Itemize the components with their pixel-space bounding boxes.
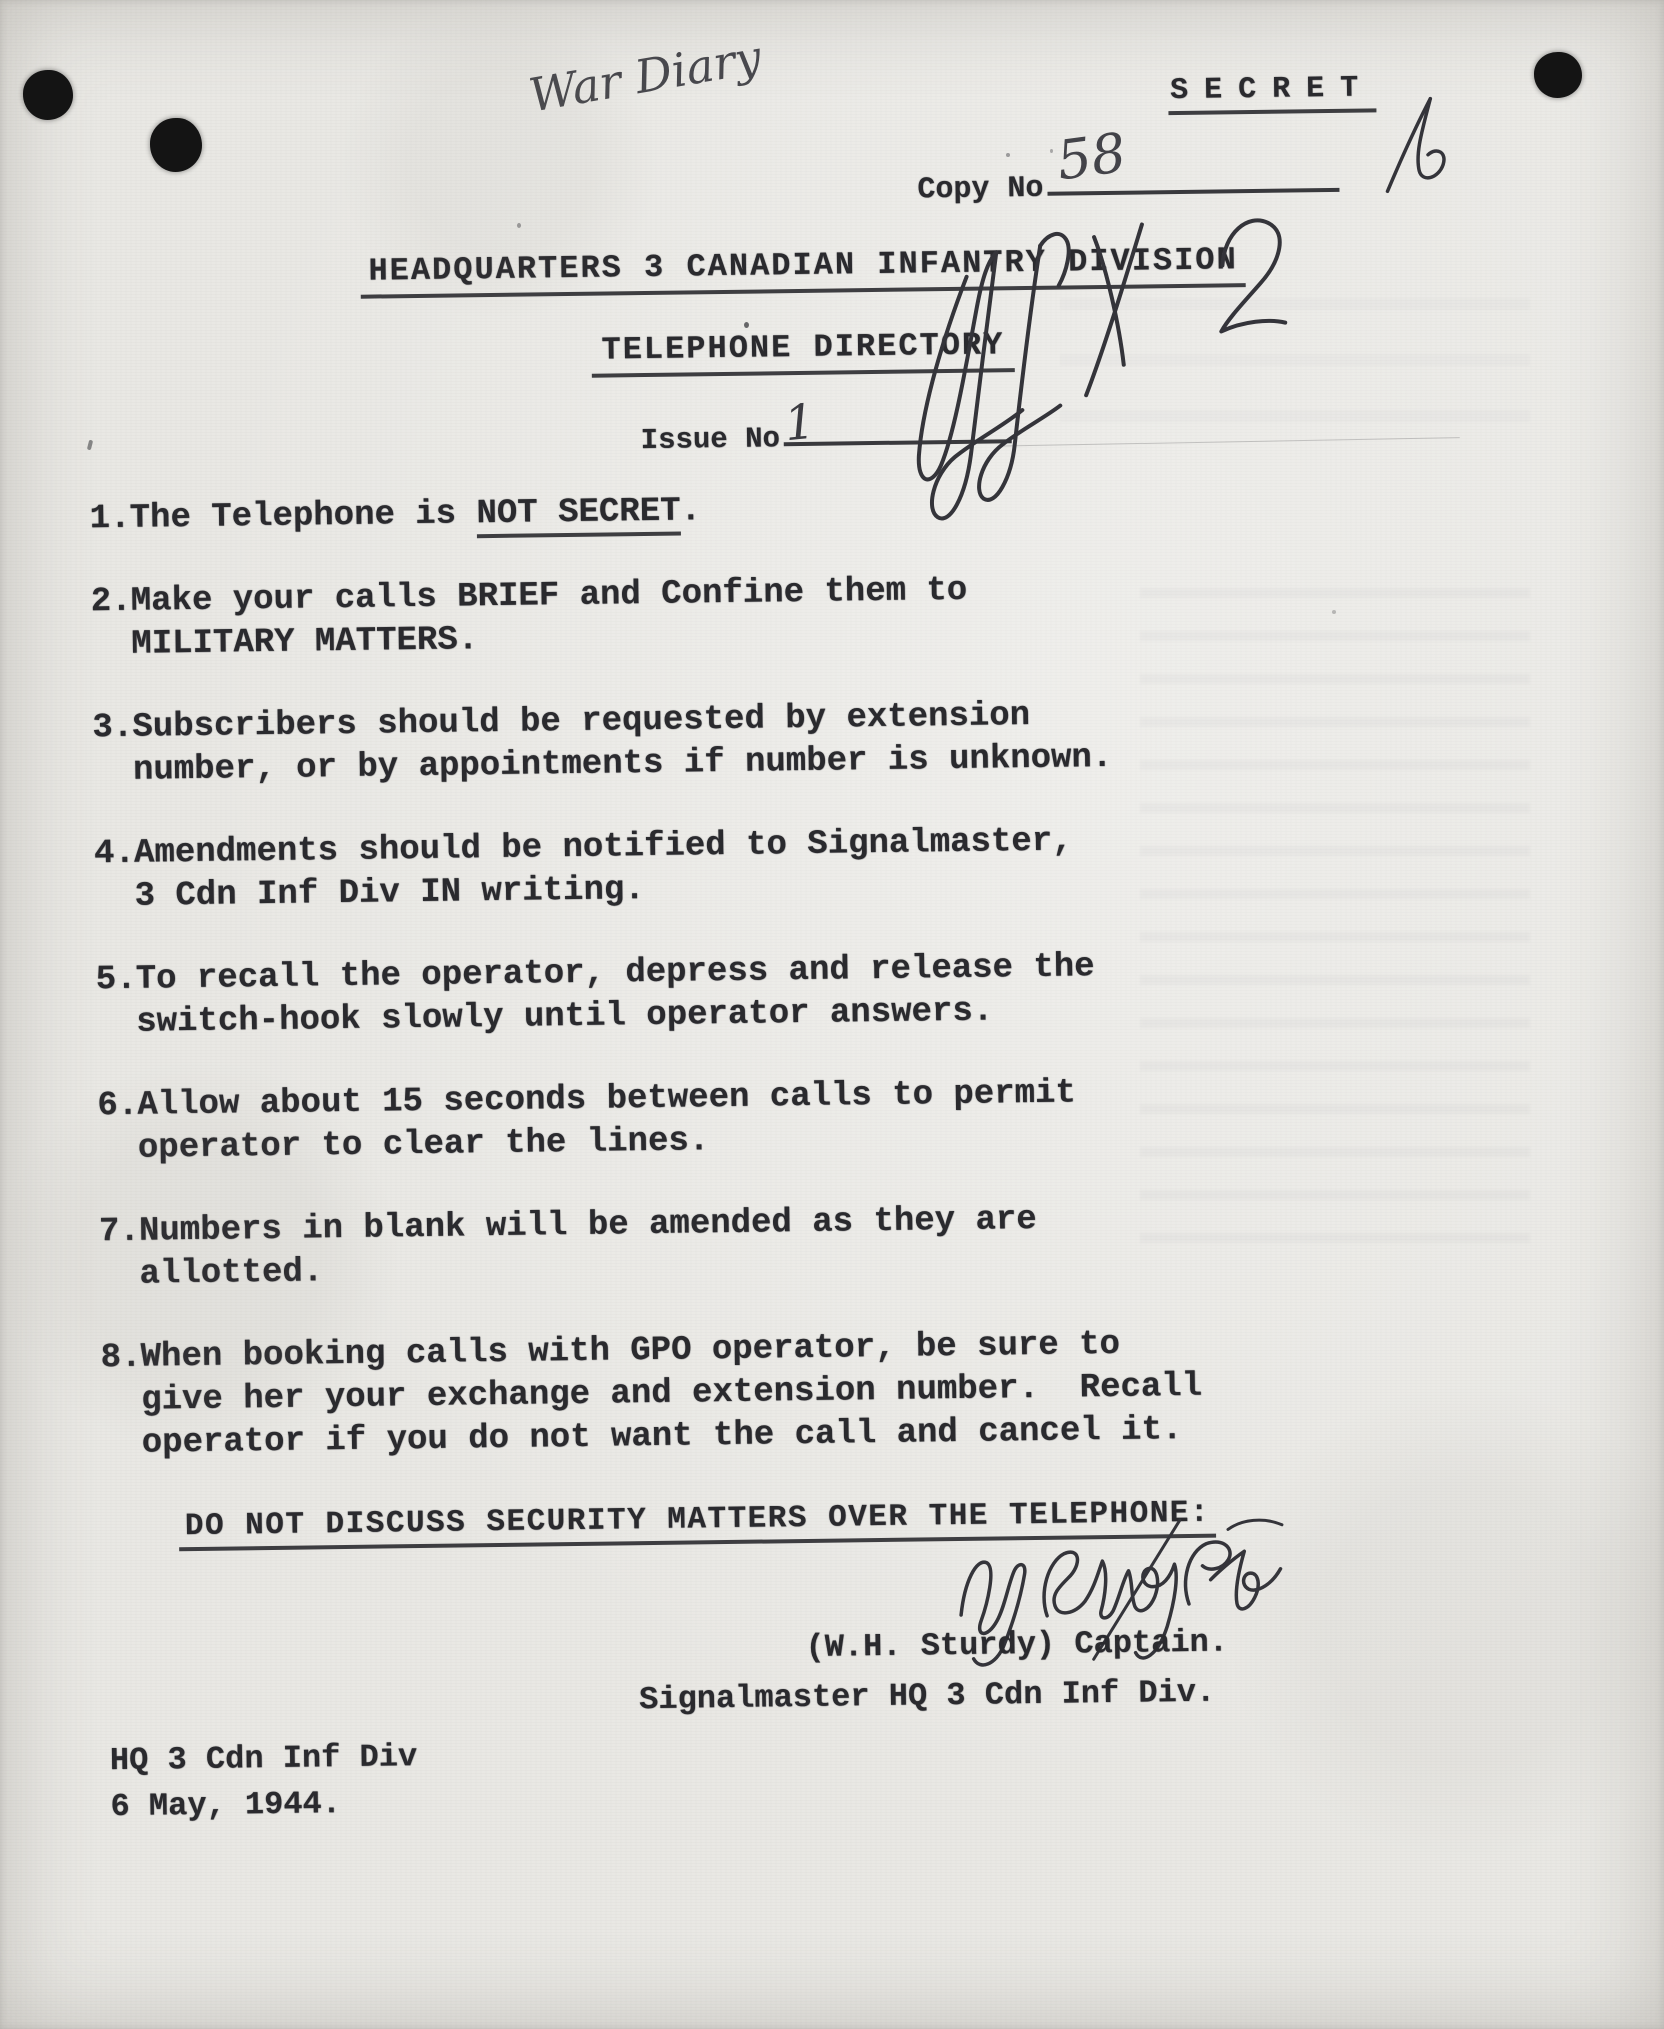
item-number: 8. bbox=[100, 1337, 141, 1381]
instruction-item-6: 6. Allow about 15 seconds between calls … bbox=[97, 1069, 1318, 1171]
item-number: 2. bbox=[90, 581, 131, 625]
item-text: . bbox=[680, 492, 701, 530]
item-number: 1. bbox=[89, 498, 130, 542]
instruction-item-8: 8. When booking calls with GPO operator,… bbox=[100, 1321, 1322, 1466]
typed-content-layer: SECRET Copy No HEADQUARTERS 3 CANADIAN I… bbox=[0, 0, 1664, 2029]
instruction-list: 1. The Telephone is NOT SECRET. 2. Make … bbox=[89, 482, 1323, 1549]
handwritten-war-diary-note: War Diary bbox=[525, 30, 765, 123]
footer-unit: HQ 3 Cdn Inf Div bbox=[110, 1734, 418, 1784]
item-number: 4. bbox=[94, 833, 135, 877]
item-number: 6. bbox=[97, 1085, 138, 1129]
handwritten-copy-number: 58 bbox=[1053, 121, 1130, 193]
classification-stamp: SECRET bbox=[1168, 71, 1377, 115]
scanned-document-page: SECRET Copy No HEADQUARTERS 3 CANADIAN I… bbox=[0, 0, 1664, 2029]
handwritten-issue-number: 1 bbox=[782, 394, 818, 453]
issue-number-label: Issue No bbox=[640, 422, 780, 457]
signature-typed-title: Signalmaster HQ 3 Cdn Inf Div. bbox=[639, 1674, 1216, 1719]
item-text: The Telephone is bbox=[129, 495, 476, 538]
instruction-item-4: 4. Amendments should be notified to Sign… bbox=[94, 817, 1315, 919]
item-number: 5. bbox=[95, 959, 136, 1003]
instruction-item-5: 5. To recall the operator, depress and r… bbox=[95, 943, 1316, 1045]
item-number: 3. bbox=[92, 707, 133, 751]
instruction-item-2: 2. Make your calls BRIEF and Confine the… bbox=[90, 565, 1311, 667]
signature-typed-name: (W.H. Sturdy) Captain. bbox=[805, 1623, 1228, 1666]
instruction-item-7: 7. Numbers in blank will be amended as t… bbox=[99, 1195, 1320, 1297]
item-text-underlined: NOT SECRET bbox=[476, 493, 681, 539]
footer-date: 6 May, 1944. bbox=[110, 1780, 418, 1830]
footer-block: HQ 3 Cdn Inf Div 6 May, 1944. bbox=[110, 1734, 418, 1830]
item-number: 7. bbox=[99, 1211, 140, 1255]
instruction-item-3: 3. Subscribers should be requested by ex… bbox=[92, 691, 1313, 793]
pen-checkmark-scrawl bbox=[1380, 78, 1477, 199]
handwritten-appendix-scrawl bbox=[869, 180, 1344, 546]
